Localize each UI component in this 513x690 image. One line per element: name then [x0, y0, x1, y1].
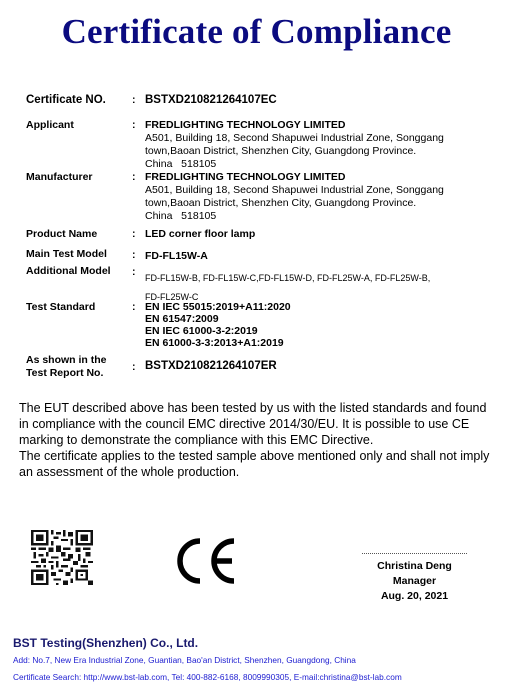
additional-model-label: Additional Model [26, 265, 131, 278]
signatory-name: Christina Deng [362, 559, 467, 574]
certificate-no-label: Certificate NO. [26, 94, 131, 107]
compliance-statement: The EUT described above has been tested … [19, 400, 499, 480]
manufacturer-label: Manufacturer [26, 171, 131, 184]
signature-date: Aug. 20, 2021 [362, 589, 467, 604]
qr-code-icon [31, 530, 93, 585]
applicant-address-line3: China 518105 [145, 158, 475, 171]
colon: : [132, 171, 136, 184]
applicant-label: Applicant [26, 119, 131, 132]
manufacturer-name: FREDLIGHTING TECHNOLOGY LIMITED [145, 171, 475, 184]
footer-contact: Certificate Search: http://www.bst-lab.c… [13, 672, 402, 682]
colon: : [132, 266, 136, 279]
statement-line: marking to demonstrate the compliance wi… [19, 432, 499, 448]
test-report-label-line2: Test Report No. [26, 367, 131, 380]
test-standard-list: EN IEC 55015:2019+A11:2020 EN 61547:2009… [145, 301, 475, 349]
statement-line: in compliance with the council EMC direc… [19, 416, 499, 432]
colon: : [132, 301, 136, 314]
manufacturer-value: FREDLIGHTING TECHNOLOGY LIMITED A501, Bu… [145, 171, 475, 223]
colon: : [132, 94, 136, 107]
product-name-label: Product Name [26, 228, 131, 241]
certificate-title: Certificate of Compliance [0, 12, 513, 52]
test-report-value: BSTXD210821264107ER [145, 360, 475, 373]
colon: : [132, 119, 136, 132]
signature-line [362, 553, 467, 554]
footer-address: Add: No.7, New Era Industrial Zone, Guan… [13, 655, 356, 665]
signatory-role: Manager [362, 574, 467, 589]
applicant-address-line1: A501, Building 18, Second Shapuwei Indus… [145, 132, 475, 145]
test-report-label: As shown in the Test Report No. [26, 354, 131, 380]
test-standard-item: EN IEC 61000-3-2:2019 [145, 325, 475, 337]
statement-line: an assessment of the whole production. [19, 464, 499, 480]
test-standard-item: EN 61000-3-3:2013+A1:2019 [145, 337, 475, 349]
footer-company: BST Testing(Shenzhen) Co., Ltd. [13, 636, 198, 650]
test-standard-item: EN IEC 55015:2019+A11:2020 [145, 301, 475, 313]
colon: : [132, 361, 136, 374]
manufacturer-address-line1: A501, Building 18, Second Shapuwei Indus… [145, 184, 475, 197]
additional-model-line1: FD-FL15W-B, FD-FL15W-C,FD-FL15W-D, FD-FL… [145, 269, 513, 288]
applicant-name: FREDLIGHTING TECHNOLOGY LIMITED [145, 119, 475, 132]
test-standard-label: Test Standard [26, 301, 131, 314]
ce-mark-icon: CE [174, 538, 236, 584]
test-report-label-line1: As shown in the [26, 354, 131, 367]
test-standard-item: EN 61547:2009 [145, 313, 475, 325]
product-name-value: LED corner floor lamp [145, 228, 475, 241]
colon: : [132, 228, 136, 241]
statement-line: The EUT described above has been tested … [19, 400, 499, 416]
signature-block: Christina Deng Manager Aug. 20, 2021 [362, 553, 467, 604]
applicant-address-line2: town,Baoan District, Shenzhen City, Guan… [145, 145, 475, 158]
applicant-value: FREDLIGHTING TECHNOLOGY LIMITED A501, Bu… [145, 119, 475, 171]
certificate-no-value: BSTXD210821264107EC [145, 94, 475, 107]
colon: : [132, 249, 136, 262]
statement-line: The certificate applies to the tested sa… [19, 448, 499, 464]
main-test-model-value: FD-FL15W-A [145, 250, 475, 263]
manufacturer-address-line3: China 518105 [145, 210, 475, 223]
manufacturer-address-line2: town,Baoan District, Shenzhen City, Guan… [145, 197, 475, 210]
main-test-model-label: Main Test Model [26, 248, 131, 261]
